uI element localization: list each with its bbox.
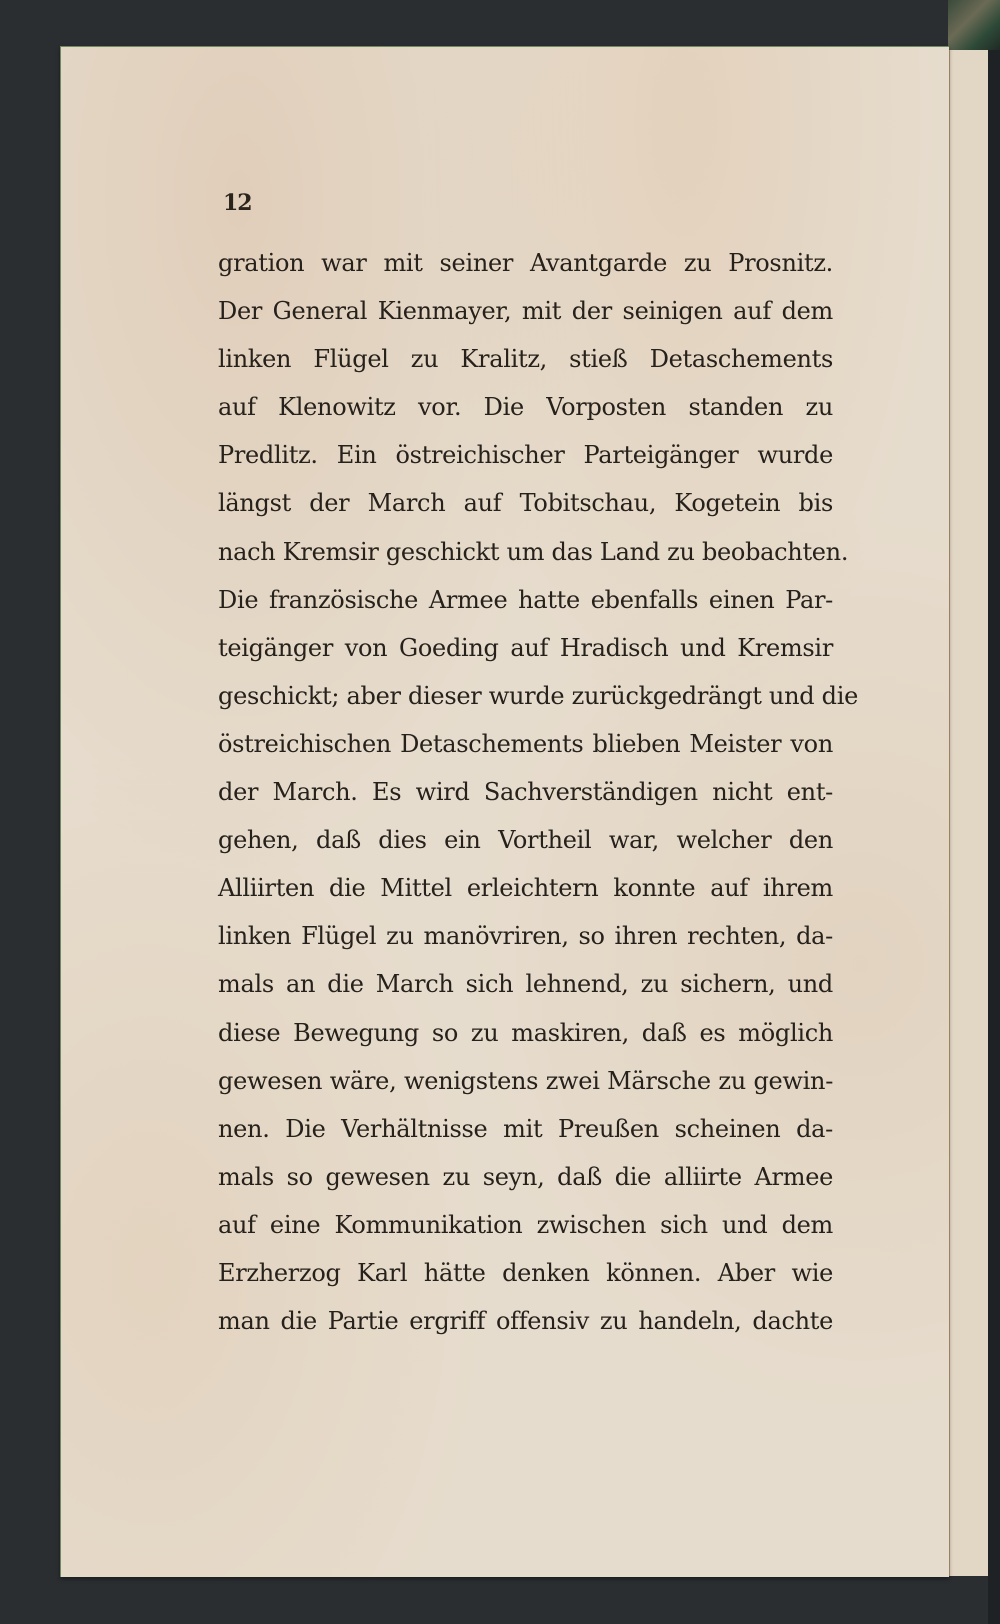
- text-line: linken Flügel zu Kralitz, stieß Detasche…: [218, 341, 833, 389]
- text-line: teigänger von Goeding auf Hradisch und K…: [218, 630, 833, 678]
- text-line: geschickt; aber dieser wurde zurückgedrä…: [218, 678, 833, 726]
- text-line: Predlitz. Ein östreichischer Parteigänge…: [218, 437, 833, 485]
- text-line: diese Bewegung so zu maskiren, daß es mö…: [218, 1015, 833, 1063]
- body-text: gration war mit seiner Avantgarde zu Pro…: [218, 245, 833, 1351]
- scanned-book-page: 12 gration war mit seiner Avantgarde zu …: [0, 0, 1000, 1624]
- page-edge-shadow: [988, 50, 1000, 1624]
- text-line: nen. Die Verhältnisse mit Preußen schein…: [218, 1111, 833, 1159]
- text-line: man die Partie ergriff offensiv zu hande…: [218, 1303, 833, 1351]
- text-line: gehen, daß dies ein Vortheil war, welche…: [218, 822, 833, 870]
- text-line: Alliirten die Mittel erleichtern konnte …: [218, 870, 833, 918]
- text-line: Der General Kienmayer, mit der seinigen …: [218, 293, 833, 341]
- text-line: längst der March auf Tobitschau, Kogetei…: [218, 485, 833, 533]
- page-number: 12: [223, 190, 252, 216]
- text-line: mals so gewesen zu seyn, daß die alliirt…: [218, 1159, 833, 1207]
- text-line: auf eine Kommunikation zwischen sich und…: [218, 1207, 833, 1255]
- text-line: auf Klenowitz vor. Die Vorposten standen…: [218, 389, 833, 437]
- text-line: gewesen wäre, wenigstens zwei Märsche zu…: [218, 1063, 833, 1111]
- text-line: Erzherzog Karl hätte denken können. Aber…: [218, 1255, 833, 1303]
- text-line: der March. Es wird Sachverständigen nich…: [218, 774, 833, 822]
- text-line: linken Flügel zu manövriren, so ihren re…: [218, 918, 833, 966]
- text-line: mals an die March sich lehnend, zu siche…: [218, 966, 833, 1014]
- text-line: gration war mit seiner Avantgarde zu Pro…: [218, 245, 833, 293]
- text-line: Die französische Armee hatte ebenfalls e…: [218, 582, 833, 630]
- text-line: östreichischen Detaschements blieben Mei…: [218, 726, 833, 774]
- next-page-edge: [948, 50, 990, 1576]
- text-line: nach Kremsir geschickt um das Land zu be…: [218, 534, 833, 582]
- book-binding-corner: [948, 0, 1000, 50]
